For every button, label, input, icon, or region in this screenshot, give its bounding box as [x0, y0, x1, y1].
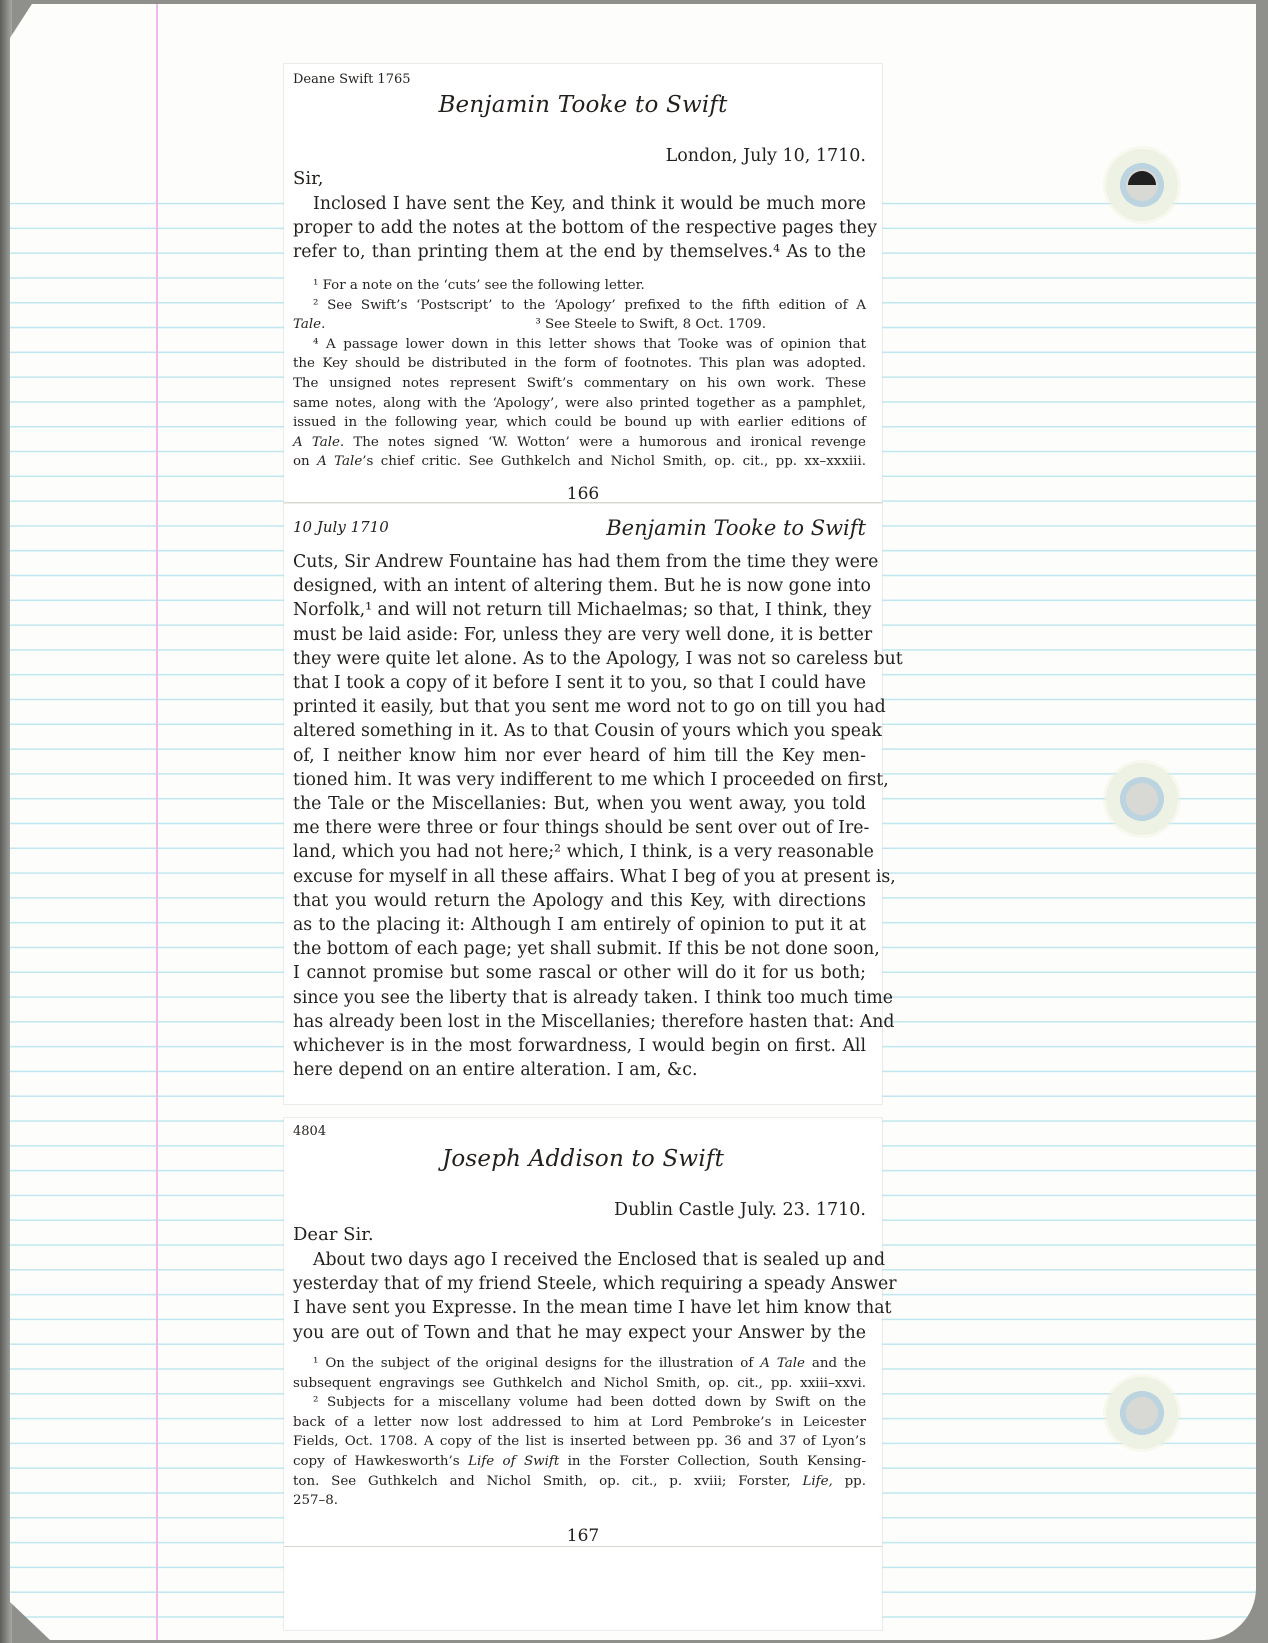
letter-body: About two days ago I received the Enclos… — [293, 1248, 866, 1345]
body-line: proper to add the notes at the bottom of… — [293, 216, 866, 240]
footnote-line: ton. See Guthkelch and Nichol Smith, op.… — [293, 1472, 866, 1492]
footnote-2: ² See Swift’s ‘Postscript’ to the ‘Apolo… — [293, 296, 866, 316]
body-line: Inclosed I have sent the Key, and think … — [293, 192, 866, 216]
body-line: since you see the liberty that is alread… — [293, 986, 866, 1010]
body-line: designed, with an intent of altering the… — [293, 574, 866, 598]
footnotes: ¹ On the subject of the original designs… — [293, 1354, 866, 1511]
body-line: must be laid aside: For, unless they are… — [293, 623, 866, 647]
footnote-4-line: the Key should be distributed in the for… — [293, 354, 866, 374]
body-line: has already been lost in the Miscellanie… — [293, 1010, 866, 1034]
running-head-title: Benjamin Tooke to Swift — [606, 516, 866, 540]
body-line: of, I neither know him nor ever heard of… — [293, 744, 866, 768]
body-line: as to the placing it: Although I am enti… — [293, 913, 866, 937]
salutation: Sir, — [293, 168, 323, 189]
footnote-4-line: same notes, along with the ‘Apology’, we… — [293, 394, 866, 414]
footnote-3: ³ See Steele to Swift, 8 Oct. 1709. — [535, 317, 766, 332]
footnote-4-line: on A Tale’s chief critic. See Guthkelch … — [293, 452, 866, 472]
footnote-4-line: issued in the following year, which coul… — [293, 413, 866, 433]
letter-number: 4804 — [293, 1124, 326, 1139]
running-head-date: 10 July 1710 — [293, 518, 389, 536]
letter-title: Joseph Addison to Swift — [284, 1146, 882, 1172]
body-line: I have sent you Expresse. In the mean ti… — [293, 1296, 866, 1320]
page-rule — [284, 502, 882, 503]
page-clipping-continuation: 10 July 1710 Benjamin Tooke to Swift Cut… — [284, 504, 882, 1104]
body-line: printed it easily, but that you sent me … — [293, 695, 866, 719]
letter-title: Benjamin Tooke to Swift — [284, 92, 882, 118]
body-line: that you would return the Apology and th… — [293, 889, 866, 913]
footnote-line: 257–8. — [293, 1491, 866, 1511]
body-line: excuse for myself in all these affairs. … — [293, 865, 866, 889]
body-line: that I took a copy of it before I sent i… — [293, 671, 866, 695]
page-clipping-166: Deane Swift 1765 Benjamin Tooke to Swift… — [284, 64, 882, 504]
page-number: 166 — [284, 484, 882, 504]
letter-body: Cuts, Sir Andrew Fountaine has had them … — [293, 550, 866, 1082]
page-clipping-addison: 4804 Joseph Addison to Swift Dublin Cast… — [284, 1118, 882, 1630]
running-head: Deane Swift 1765 — [293, 72, 411, 87]
salutation: Dear Sir. — [293, 1224, 374, 1245]
letter-body: Inclosed I have sent the Key, and think … — [293, 192, 866, 265]
body-line: here depend on an entire alteration. I a… — [293, 1058, 866, 1082]
footnote-4-line: The unsigned notes represent Swift’s com… — [293, 374, 866, 394]
footnote-1: ¹ For a note on the ‘cuts’ see the follo… — [293, 276, 866, 296]
body-line: Cuts, Sir Andrew Fountaine has had them … — [293, 550, 866, 574]
body-line: me there were three or four things shoul… — [293, 816, 866, 840]
footnote-line: copy of Hawkesworth’s Life of Swift in t… — [293, 1452, 866, 1472]
body-line: the Tale or the Miscellanies: But, when … — [293, 792, 866, 816]
body-line: yesterday that of my friend Steele, whic… — [293, 1272, 866, 1296]
punch-hole-icon — [1103, 1374, 1181, 1452]
page-rule — [284, 1546, 882, 1547]
page-number: 167 — [284, 1526, 882, 1546]
punch-hole-icon — [1103, 760, 1181, 838]
body-line: altered something in it. As to that Cous… — [293, 719, 866, 743]
place-date: London, July 10, 1710. — [666, 146, 866, 166]
footnote-4-line: A Tale. The notes signed ‘W. Wotton’ wer… — [293, 433, 866, 453]
margin-line — [156, 4, 158, 1640]
body-line: the bottom of each page; yet shall submi… — [293, 937, 866, 961]
body-line: Norfolk,¹ and will not return till Micha… — [293, 598, 866, 622]
body-line: tioned him. It was very indifferent to m… — [293, 768, 866, 792]
body-line: whichever is in the most forwardness, I … — [293, 1034, 866, 1058]
footnote-line: subsequent engravings see Guthkelch and … — [293, 1374, 866, 1394]
place-date: Dublin Castle July. 23. 1710. — [614, 1200, 866, 1220]
body-line: land, which you had not here;² which, I … — [293, 840, 866, 864]
footnote-2: ² Subjects for a miscellany volume had b… — [293, 1393, 866, 1413]
body-line: refer to, than printing them at the end … — [293, 240, 866, 264]
footnote-line: back of a letter now lost addressed to h… — [293, 1413, 866, 1433]
footnote-1: ¹ On the subject of the original designs… — [293, 1354, 866, 1374]
footnote-4: ⁴ A passage lower down in this letter sh… — [293, 335, 866, 355]
body-line: I cannot promise but some rascal or othe… — [293, 961, 866, 985]
footnotes: ¹ For a note on the ‘cuts’ see the follo… — [293, 276, 866, 472]
punch-hole-icon — [1103, 146, 1181, 224]
footnote-line: Fields, Oct. 1708. A copy of the list is… — [293, 1432, 866, 1452]
body-line: they were quite let alone. As to the Apo… — [293, 647, 866, 671]
footnote-2-cont: Tale.³ See Steele to Swift, 8 Oct. 1709. — [293, 315, 866, 335]
body-line: you are out of Town and that he may expe… — [293, 1321, 866, 1345]
body-line: About two days ago I received the Enclos… — [293, 1248, 866, 1272]
